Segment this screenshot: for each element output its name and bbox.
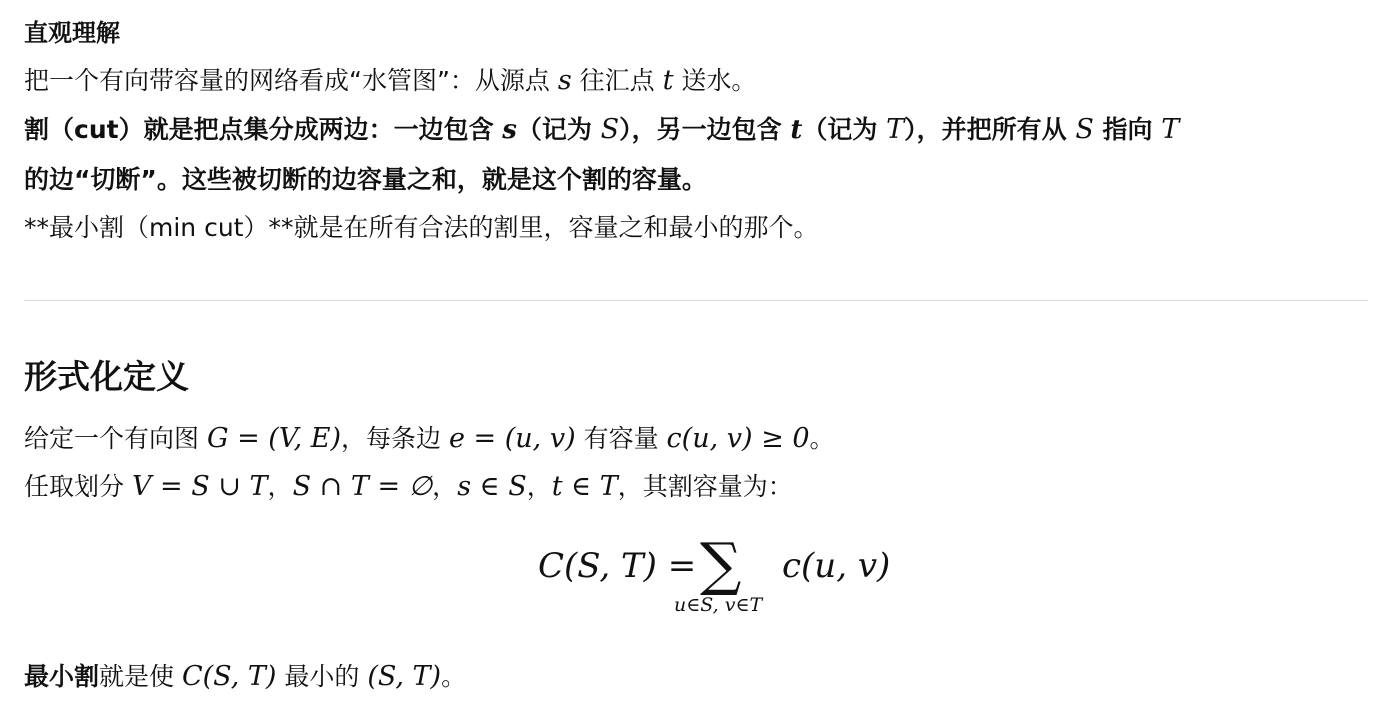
math-var-S: S — [601, 114, 620, 145]
text: ， — [432, 472, 457, 501]
horizontal-divider — [24, 300, 1368, 301]
paragraph-cut-capacity: 的边“切断”。这些被切断的边容量之和，就是这个割的容量。 — [24, 163, 707, 197]
paragraph-min-cut: **最小割（min cut）**就是在所有合法的割里，容量之和最小的那个。 — [24, 211, 819, 245]
text: 割（cut）就是把点集分成两边：一边包含 — [24, 115, 502, 144]
text: 有容量 — [576, 424, 667, 453]
text: ， — [268, 472, 293, 501]
math-t-in-T: t ∈ T — [552, 471, 618, 502]
text: 。 — [441, 662, 466, 691]
paragraph-graph-definition: 给定一个有向图 G = (V, E)，每条边 e = (u, v) 有容量 c(… — [24, 422, 835, 456]
math-union: V = S ∪ T — [132, 471, 268, 502]
text: 就是使 — [99, 662, 182, 691]
text: ），另一边包含 — [619, 115, 790, 144]
text: 指向 — [1094, 115, 1161, 144]
text: 任取划分 — [24, 472, 132, 501]
cut-capacity-formula: C(S, T) = ∑ u∈S, v∈T c(u, v) — [514, 536, 914, 626]
heading-formal-definition: 形式化定义 — [24, 356, 189, 398]
text: ），并把所有从 — [904, 115, 1075, 144]
math-var-s: s — [558, 65, 572, 96]
math-graph: G = (V, E) — [207, 423, 341, 454]
math-cut-capacity: C(S, T) — [182, 661, 276, 692]
math-var-t: t — [663, 65, 674, 96]
text: ，其割容量为： — [618, 472, 793, 501]
text: 把一个有向带容量的网络看成“水管图”：从源点 — [24, 66, 558, 95]
paragraph-cut-definition: 割（cut）就是把点集分成两边：一边包含 s（记为 S），另一边包含 t（记为 … — [24, 113, 1179, 147]
text: （记为 — [517, 115, 601, 144]
math-intersection: S ∩ T = ∅ — [293, 471, 433, 502]
math-partition: (S, T) — [367, 661, 441, 692]
text: 往汇点 — [572, 66, 663, 95]
text: ， — [527, 472, 552, 501]
math-var-T: T — [1161, 114, 1179, 145]
math-s-in-S: s ∈ S — [457, 471, 527, 502]
heading-intuition: 直观理解 — [24, 16, 120, 50]
text: 最小的 — [276, 662, 367, 691]
math-var-T: T — [886, 114, 904, 145]
text: （记为 — [802, 115, 886, 144]
text: 给定一个有向图 — [24, 424, 207, 453]
text: ，每条边 — [341, 424, 449, 453]
formula-rhs: c(u, v) — [782, 546, 890, 586]
paragraph-min-cut-formal: 最小割就是使 C(S, T) 最小的 (S, T)。 — [24, 660, 466, 694]
paragraph-partition: 任取划分 V = S ∪ T，S ∩ T = ∅，s ∈ S，t ∈ T，其割容… — [24, 470, 793, 504]
math-var-S: S — [1075, 114, 1094, 145]
formula-lhs: C(S, T) = — [538, 546, 696, 586]
math-var-s: s — [502, 115, 517, 145]
math-var-t: t — [790, 115, 802, 145]
formula-subscript: u∈S, v∈T — [674, 594, 762, 616]
summation-icon: ∑ — [700, 534, 741, 594]
text: 。 — [810, 424, 835, 453]
bold-term: 最小割 — [24, 662, 99, 691]
math-capacity: c(u, v) ≥ 0 — [667, 423, 810, 454]
math-edge: e = (u, v) — [449, 423, 576, 454]
paragraph-water-pipe: 把一个有向带容量的网络看成“水管图”：从源点 s 往汇点 t 送水。 — [24, 64, 756, 98]
text: 送水。 — [673, 66, 756, 95]
